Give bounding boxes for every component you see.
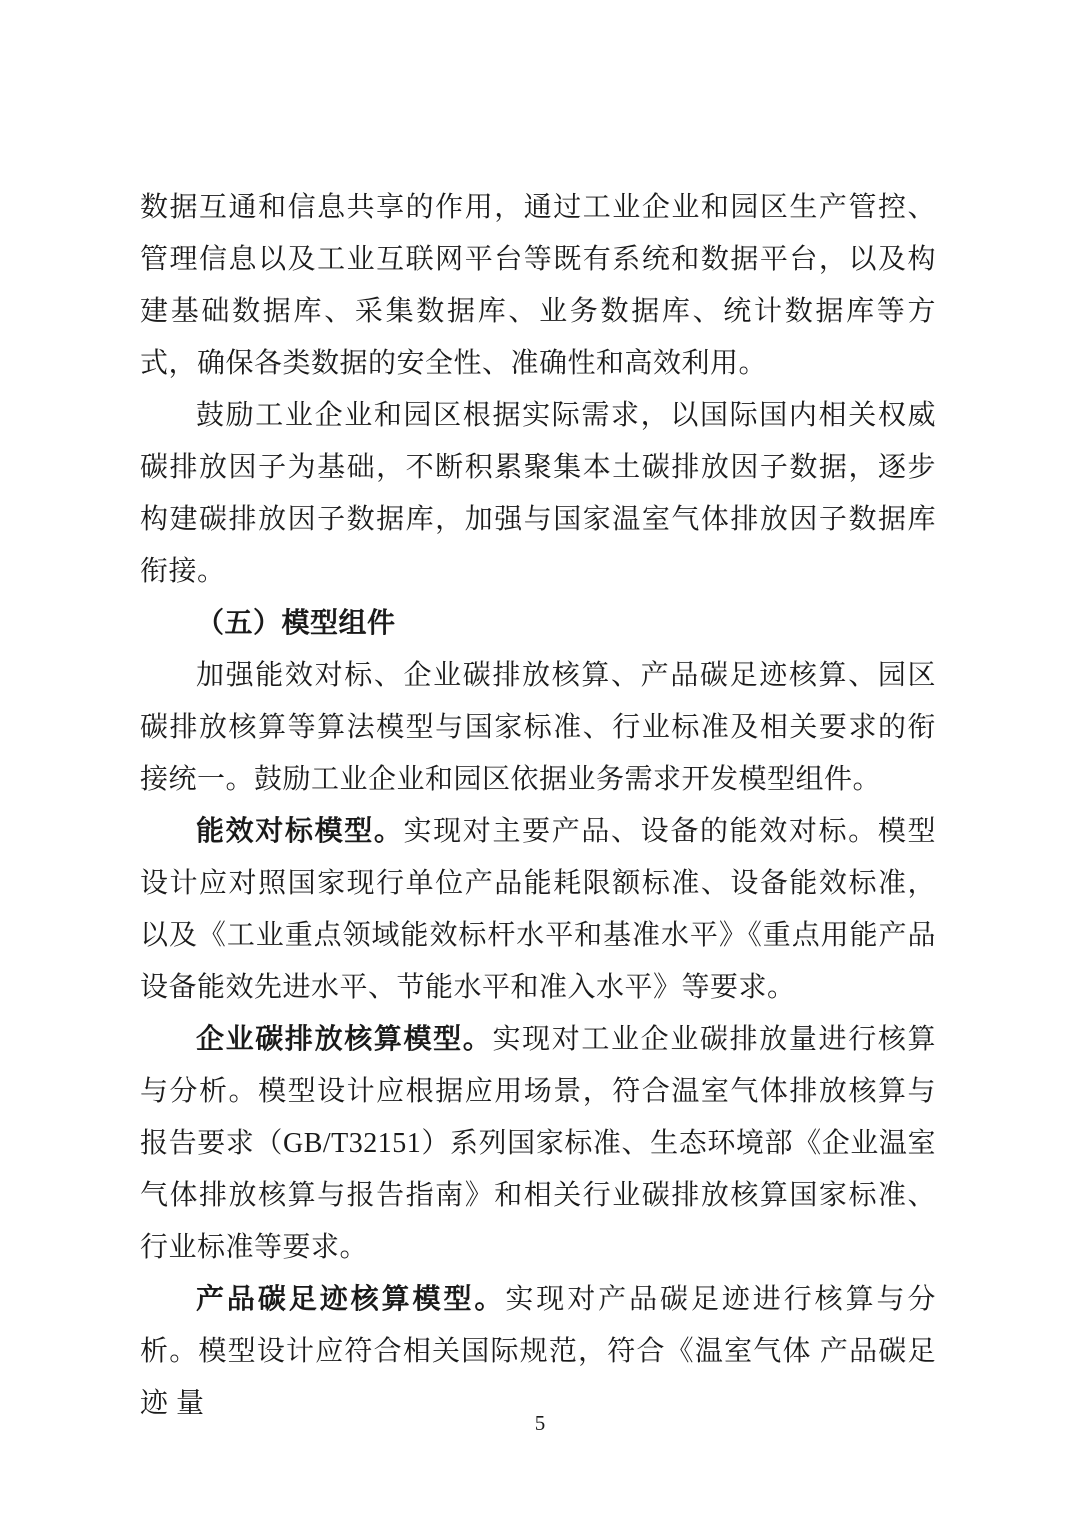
paragraph-enterprise-carbon-accounting-model: 企业碳排放核算模型。实现对工业企业碳排放量进行核算与分析。模型设计应根据应用场景…	[140, 1014, 936, 1274]
paragraph-lead-bold: 能效对标模型。	[196, 816, 404, 847]
paragraph-model-standards-alignment: 加强能效对标、企业碳排放核算、产品碳足迹核算、园区碳排放核算等算法模型与国家标准…	[140, 650, 936, 806]
paragraph-product-carbon-footprint-model: 产品碳足迹核算模型。实现对产品碳足迹进行核算与分析。模型设计应符合相关国际规范，…	[140, 1274, 936, 1430]
document-page: 数据互通和信息共享的作用，通过工业企业和园区生产管控、管理信息以及工业互联网平台…	[0, 0, 1080, 1527]
paragraph-text: 鼓励工业企业和园区根据实际需求，以国际国内相关权威碳排放因子为基础，不断积累聚集…	[140, 400, 936, 587]
paragraph-emission-factor-database: 鼓励工业企业和园区根据实际需求，以国际国内相关权威碳排放因子为基础，不断积累聚集…	[140, 390, 936, 598]
heading-text: （五）模型组件	[196, 608, 396, 639]
paragraph-data-sharing-continuation: 数据互通和信息共享的作用，通过工业企业和园区生产管控、管理信息以及工业互联网平台…	[140, 182, 936, 390]
paragraph-lead-bold: 企业碳排放核算模型。	[196, 1024, 492, 1055]
document-body: 数据互通和信息共享的作用，通过工业企业和园区生产管控、管理信息以及工业互联网平台…	[140, 182, 936, 1430]
paragraph-text: 实现对工业企业碳排放量进行核算与分析。模型设计应根据应用场景，符合温室气体排放核…	[140, 1024, 936, 1263]
paragraph-energy-efficiency-benchmark-model: 能效对标模型。实现对主要产品、设备的能效对标。模型设计应对照国家现行单位产品能耗…	[140, 806, 936, 1014]
paragraph-text: 数据互通和信息共享的作用，通过工业企业和园区生产管控、管理信息以及工业互联网平台…	[140, 192, 936, 379]
section-heading-model-components: （五）模型组件	[140, 598, 936, 650]
page-number: 5	[0, 1408, 1080, 1438]
paragraph-lead-bold: 产品碳足迹核算模型。	[196, 1284, 505, 1315]
paragraph-text: 加强能效对标、企业碳排放核算、产品碳足迹核算、园区碳排放核算等算法模型与国家标准…	[140, 660, 936, 795]
